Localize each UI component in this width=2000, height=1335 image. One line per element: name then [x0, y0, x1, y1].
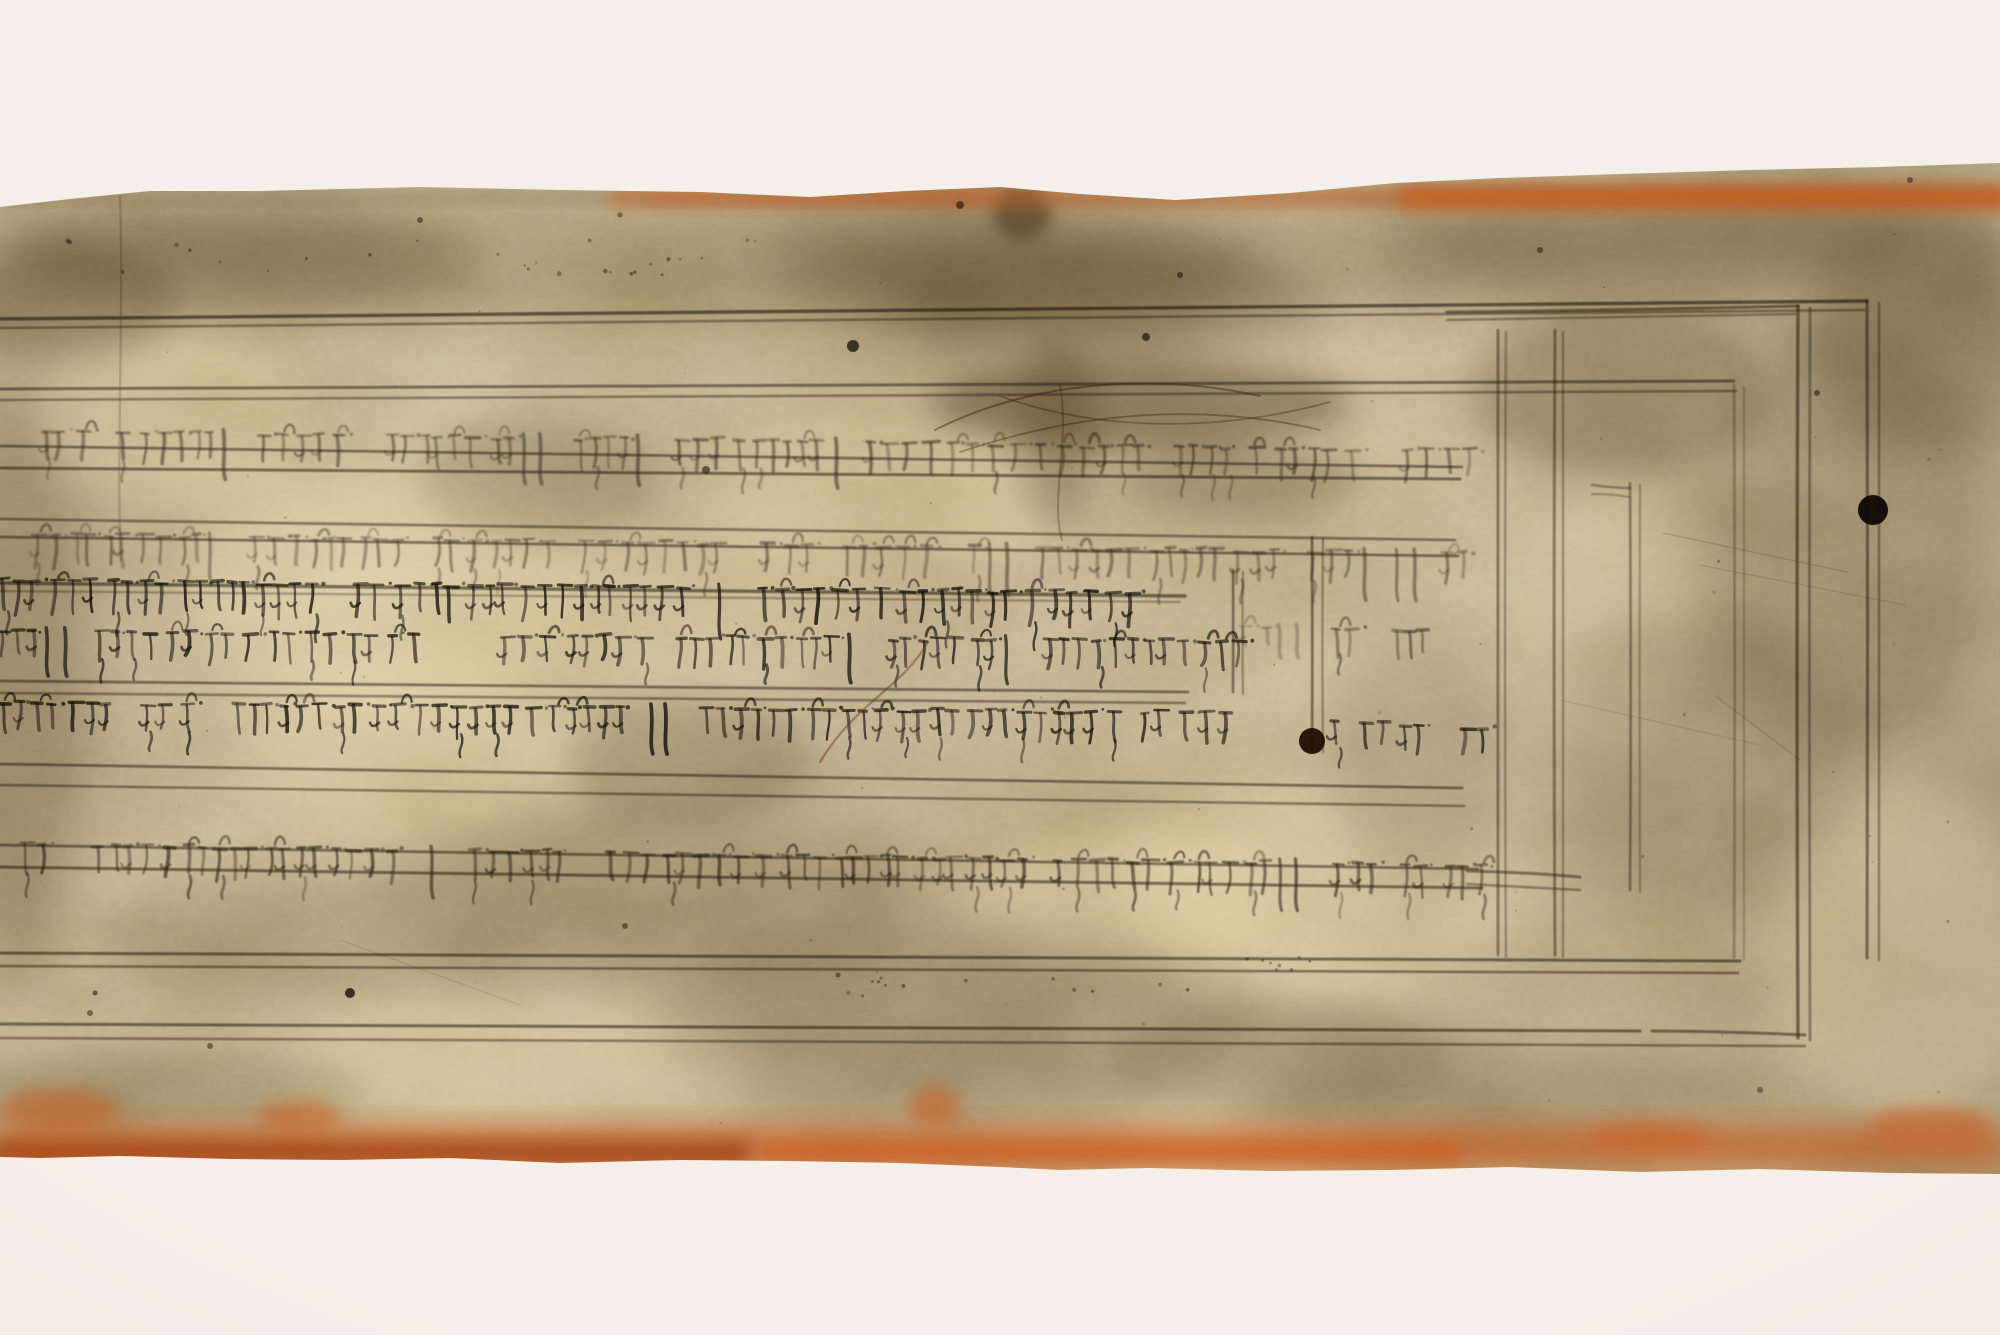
dirt-speck: [1040, 696, 1043, 699]
dirt-speck: [701, 257, 704, 260]
dirt-speck: [735, 623, 737, 625]
dirt-speck: [719, 1122, 721, 1124]
ink-blot: [345, 988, 355, 998]
dirt-speck: [1683, 713, 1686, 716]
dirt-speck: [368, 253, 371, 256]
edge-pigment: [1400, 186, 2000, 208]
edge-pigment: [760, 1142, 1460, 1164]
dirt-speck: [1962, 340, 1964, 342]
dirt-speck: [1062, 887, 1065, 890]
dirt-speck: [646, 840, 649, 843]
ink-blot: [207, 1043, 213, 1049]
dirt-speck: [1269, 962, 1272, 965]
paper-stain: [1540, 610, 1860, 910]
dirt-speck: [1052, 977, 1055, 980]
dirt-speck: [862, 441, 864, 443]
dirt-speck: [433, 727, 436, 730]
ink-blot: [836, 973, 841, 978]
ink-blot: [618, 213, 623, 218]
dirt-speck: [993, 690, 996, 693]
paper-stain: [930, 360, 1350, 450]
dirt-speck: [633, 270, 637, 274]
frame-vertical-rule: [1505, 332, 1506, 957]
dirt-speck: [588, 239, 592, 243]
dirt-speck: [1186, 988, 1190, 992]
dirt-speck: [1298, 956, 1301, 959]
dirt-speck: [247, 476, 249, 478]
dirt-speck: [496, 253, 499, 256]
dirt-speck: [901, 984, 905, 988]
manuscript-page: [0, 0, 2000, 1335]
dirt-speck: [629, 272, 633, 276]
dirt-speck: [523, 264, 526, 267]
dirt-speck: [340, 672, 342, 674]
dirt-speck: [1198, 808, 1201, 811]
dirt-speck: [174, 242, 179, 247]
dirt-speck: [964, 979, 968, 983]
dirt-speck: [1142, 1023, 1145, 1026]
dirt-speck: [268, 696, 270, 698]
dirt-speck: [1273, 664, 1275, 666]
frame-vertical-rule: [1797, 306, 1798, 1038]
dirt-speck: [649, 263, 652, 266]
dirt-speck: [1872, 861, 1874, 863]
dirt-speck: [879, 282, 881, 284]
page-render: [0, 0, 2000, 1335]
dirt-speck: [1937, 1090, 1940, 1093]
dirt-speck: [206, 730, 208, 732]
dirt-speck: [218, 261, 221, 264]
dirt-speck: [1479, 643, 1481, 645]
frame-vertical-rule: [1867, 301, 1868, 958]
dirt-speck: [746, 239, 749, 242]
frame-vertical-rule: [1322, 539, 1323, 752]
ink-blot: [1858, 495, 1888, 525]
dirt-speck: [611, 878, 613, 880]
dirt-speck: [1641, 855, 1644, 858]
dirt-speck: [40, 881, 41, 882]
dirt-speck: [479, 310, 481, 312]
dirt-speck: [305, 257, 308, 260]
dirt-speck: [1091, 990, 1094, 993]
edge-pigment: [1870, 1107, 1990, 1143]
dirt-speck: [1832, 770, 1835, 773]
dirt-speck: [1290, 968, 1294, 972]
ink-blot: [1757, 1087, 1763, 1093]
dirt-speck: [861, 787, 863, 789]
dirt-speck: [1261, 959, 1264, 962]
dirt-speck: [1006, 1004, 1008, 1006]
dirt-speck: [1548, 1099, 1550, 1101]
dirt-speck: [1032, 369, 1034, 371]
dirt-speck: [666, 257, 670, 261]
dirt-speck: [1470, 827, 1473, 830]
dirt-speck: [188, 248, 192, 252]
dirt-speck: [1378, 711, 1381, 714]
ink-blot: [1177, 272, 1183, 278]
dirt-speck: [1814, 436, 1817, 439]
dirt-speck: [341, 926, 343, 928]
dirt-speck: [1064, 716, 1067, 719]
edge-pigment: [909, 1086, 961, 1126]
dirt-speck: [1721, 1034, 1723, 1036]
dirt-speck: [66, 239, 71, 244]
ink-blot: [702, 466, 710, 474]
dirt-speck: [416, 240, 418, 242]
dirt-speck: [1158, 983, 1162, 987]
dirt-speck: [1515, 909, 1517, 911]
ink-blot: [847, 340, 859, 352]
dirt-speck: [527, 267, 530, 270]
paper-stain: [1240, 1045, 1760, 1135]
dirt-speck: [1603, 286, 1605, 288]
dirt-speck: [1071, 467, 1073, 469]
dirt-speck: [1072, 988, 1076, 992]
dirt-speck: [452, 588, 455, 591]
dirt-speck: [179, 806, 181, 808]
frame-vertical-rule: [1630, 483, 1631, 890]
dirt-speck: [1371, 400, 1374, 403]
dirt-speck: [943, 798, 945, 800]
dirt-speck: [930, 502, 932, 504]
dirt-speck: [809, 939, 811, 941]
dirt-speck: [557, 271, 562, 276]
ink-blot: [87, 1010, 93, 1016]
ink-blot: [1142, 333, 1150, 341]
ink-blot: [1907, 177, 1913, 183]
dirt-speck: [1275, 968, 1278, 971]
dirt-speck: [754, 240, 756, 242]
dirt-speck: [877, 980, 880, 983]
dirt-speck: [1308, 960, 1311, 963]
light-patch: [540, 540, 860, 700]
dirt-speck: [166, 351, 168, 353]
dirt-speck: [1245, 957, 1249, 961]
paper-stain: [1330, 640, 1510, 880]
dirt-speck: [679, 258, 682, 261]
frame-vertical-rule: [1734, 385, 1735, 958]
dirt-speck: [1600, 438, 1602, 440]
dirt-speck: [685, 373, 686, 374]
edge-pigment: [1590, 1122, 1710, 1150]
dirt-speck: [880, 977, 883, 980]
dirt-speck: [284, 516, 287, 519]
ink-blot: [93, 991, 98, 996]
dirt-speck: [1515, 892, 1517, 894]
dirt-speck: [1946, 920, 1949, 923]
ink-blot: [417, 217, 423, 223]
dirt-speck: [876, 971, 878, 973]
dirt-speck: [1219, 238, 1220, 239]
ink-blot: [622, 923, 628, 929]
dirt-speck: [609, 271, 611, 273]
dirt-speck: [1938, 448, 1941, 451]
dirt-speck: [871, 980, 874, 983]
dirt-speck: [1869, 835, 1871, 837]
ink-blot: [1537, 247, 1543, 253]
dirt-speck: [535, 261, 538, 264]
dirt-speck: [1977, 275, 1979, 277]
dirt-speck: [267, 269, 270, 272]
dirt-speck: [1346, 268, 1349, 271]
ink-blot: [956, 201, 964, 209]
dirt-speck: [661, 273, 664, 276]
dirt-speck: [1717, 560, 1720, 563]
frame-vertical-rule: [1554, 330, 1555, 955]
dirt-speck: [1766, 986, 1768, 988]
dirt-speck: [1946, 820, 1949, 823]
dirt-speck: [1713, 591, 1716, 594]
dirt-speck: [1894, 233, 1896, 235]
dirt-speck: [363, 676, 365, 678]
frame-vertical-rule: [1809, 308, 1810, 1040]
dirt-speck: [1927, 458, 1930, 461]
dirt-speck: [603, 269, 608, 274]
edge-pigment: [0, 1088, 120, 1132]
manuscript-photo: [0, 0, 2000, 1335]
ink-blot: [1299, 728, 1325, 754]
dirt-speck: [884, 984, 887, 987]
dirt-speck: [1277, 964, 1281, 968]
dirt-speck: [1893, 643, 1895, 645]
dirt-speck: [861, 994, 864, 997]
dirt-speck: [846, 991, 850, 995]
ink-blot: [1814, 390, 1820, 396]
paper-stain: [0, 200, 2000, 310]
edge-pigment: [258, 1100, 342, 1132]
